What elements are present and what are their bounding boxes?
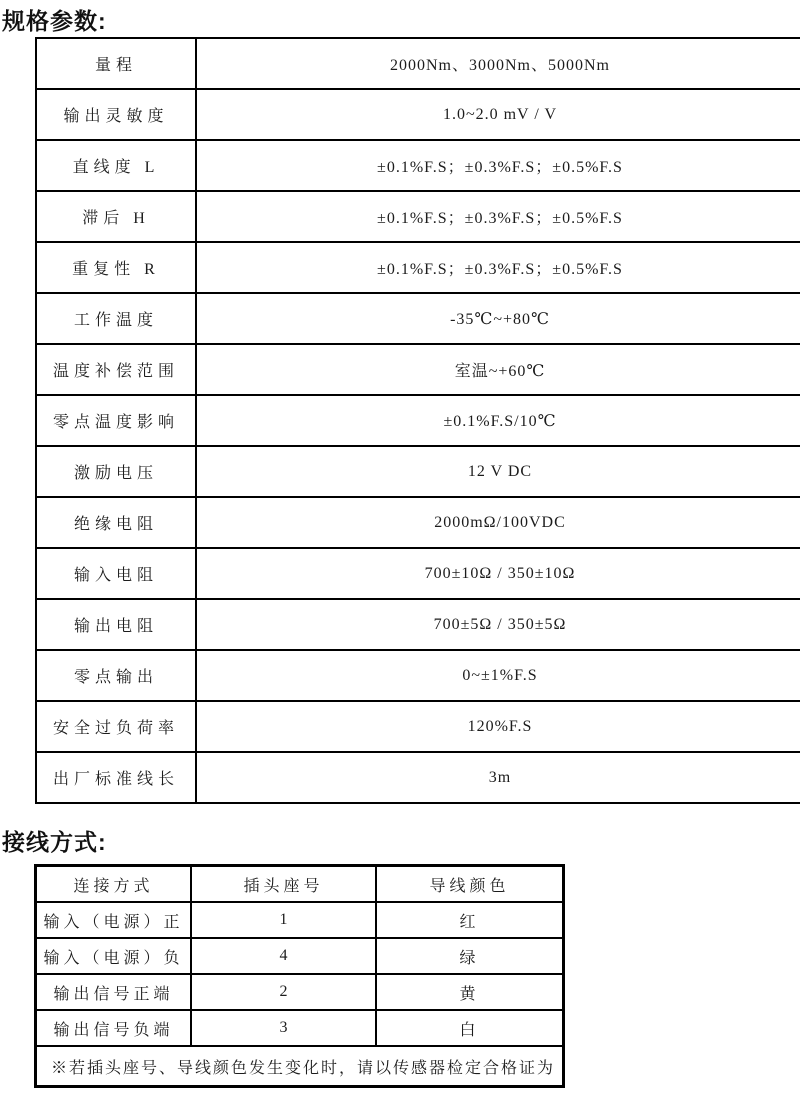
spec-label: 零点输出 bbox=[36, 650, 196, 701]
table-row: 量程 2000Nm、3000Nm、5000Nm bbox=[36, 38, 800, 89]
spec-value: ±0.1%F.S/10℃ bbox=[196, 395, 800, 446]
wiring-pin: 4 bbox=[191, 938, 376, 974]
wiring-note: ※若插头座号、导线颜色发生变化时，请以传感器检定合格证为 bbox=[36, 1046, 564, 1087]
spec-value: ±0.1%F.S；±0.3%F.S；±0.5%F.S bbox=[196, 191, 800, 242]
spec-value: 1.0~2.0 mV / V bbox=[196, 89, 800, 140]
spec-label: 工作温度 bbox=[36, 293, 196, 344]
wiring-color: 红 bbox=[376, 902, 564, 938]
spec-value: 室温~+60℃ bbox=[196, 344, 800, 395]
spec-value: 700±10Ω / 350±10Ω bbox=[196, 548, 800, 599]
spec-value: ±0.1%F.S；±0.3%F.S；±0.5%F.S bbox=[196, 140, 800, 191]
spec-value: 120%F.S bbox=[196, 701, 800, 752]
spec-label: 量程 bbox=[36, 38, 196, 89]
spec-table: 量程 2000Nm、3000Nm、5000Nm 输出灵敏度 1.0~2.0 mV… bbox=[35, 37, 800, 804]
table-row: 输入（电源）负 4 绿 bbox=[36, 938, 564, 974]
table-row: 绝缘电阻 2000mΩ/100VDC bbox=[36, 497, 800, 548]
table-row: 零点输出 0~±1%F.S bbox=[36, 650, 800, 701]
wiring-connection: 输出信号正端 bbox=[36, 974, 192, 1010]
spec-value: 700±5Ω / 350±5Ω bbox=[196, 599, 800, 650]
spec-value: 12 V DC bbox=[196, 446, 800, 497]
table-row: 直线度 L ±0.1%F.S；±0.3%F.S；±0.5%F.S bbox=[36, 140, 800, 191]
spec-value: 2000Nm、3000Nm、5000Nm bbox=[196, 38, 800, 89]
spec-label: 输出电阻 bbox=[36, 599, 196, 650]
table-row: 激励电压 12 V DC bbox=[36, 446, 800, 497]
table-row: 输入电阻 700±10Ω / 350±10Ω bbox=[36, 548, 800, 599]
spec-label: 滞后 H bbox=[36, 191, 196, 242]
column-header-connection: 连接方式 bbox=[36, 866, 192, 903]
table-row: 输出信号正端 2 黄 bbox=[36, 974, 564, 1010]
wiring-color: 绿 bbox=[376, 938, 564, 974]
spec-value: 0~±1%F.S bbox=[196, 650, 800, 701]
spec-label: 输入电阻 bbox=[36, 548, 196, 599]
table-row: 安全过负荷率 120%F.S bbox=[36, 701, 800, 752]
table-note-row: ※若插头座号、导线颜色发生变化时，请以传感器检定合格证为 bbox=[36, 1046, 564, 1087]
wiring-color: 黄 bbox=[376, 974, 564, 1010]
table-row: 重复性 R ±0.1%F.S；±0.3%F.S；±0.5%F.S bbox=[36, 242, 800, 293]
table-row: 输出电阻 700±5Ω / 350±5Ω bbox=[36, 599, 800, 650]
wiring-connection: 输入（电源）正 bbox=[36, 902, 192, 938]
spec-value: 2000mΩ/100VDC bbox=[196, 497, 800, 548]
table-row: 温度补偿范围 室温~+60℃ bbox=[36, 344, 800, 395]
wiring-color: 白 bbox=[376, 1010, 564, 1046]
spec-value: -35℃~+80℃ bbox=[196, 293, 800, 344]
column-header-color: 导线颜色 bbox=[376, 866, 564, 903]
table-row: 滞后 H ±0.1%F.S；±0.3%F.S；±0.5%F.S bbox=[36, 191, 800, 242]
wiring-connection: 输入（电源）负 bbox=[36, 938, 192, 974]
spec-label: 激励电压 bbox=[36, 446, 196, 497]
wiring-pin: 3 bbox=[191, 1010, 376, 1046]
wiring-connection: 输出信号负端 bbox=[36, 1010, 192, 1046]
spec-label: 安全过负荷率 bbox=[36, 701, 196, 752]
table-header-row: 连接方式 插头座号 导线颜色 bbox=[36, 866, 564, 903]
spec-label: 输出灵敏度 bbox=[36, 89, 196, 140]
section-title-specs: 规格参数: bbox=[2, 3, 107, 36]
table-row: 出厂标准线长 3m bbox=[36, 752, 800, 803]
table-row: 输出灵敏度 1.0~2.0 mV / V bbox=[36, 89, 800, 140]
column-header-pin: 插头座号 bbox=[191, 866, 376, 903]
spec-value: 3m bbox=[196, 752, 800, 803]
spec-label: 绝缘电阻 bbox=[36, 497, 196, 548]
wiring-pin: 2 bbox=[191, 974, 376, 1010]
spec-value: ±0.1%F.S；±0.3%F.S；±0.5%F.S bbox=[196, 242, 800, 293]
table-row: 输出信号负端 3 白 bbox=[36, 1010, 564, 1046]
table-row: 零点温度影响 ±0.1%F.S/10℃ bbox=[36, 395, 800, 446]
spec-label: 零点温度影响 bbox=[36, 395, 196, 446]
spec-label: 直线度 L bbox=[36, 140, 196, 191]
section-title-wiring: 接线方式: bbox=[2, 824, 107, 857]
spec-label: 出厂标准线长 bbox=[36, 752, 196, 803]
table-row: 输入（电源）正 1 红 bbox=[36, 902, 564, 938]
spec-label: 重复性 R bbox=[36, 242, 196, 293]
spec-label: 温度补偿范围 bbox=[36, 344, 196, 395]
wiring-pin: 1 bbox=[191, 902, 376, 938]
wiring-table: 连接方式 插头座号 导线颜色 输入（电源）正 1 红 输入（电源）负 4 绿 输… bbox=[34, 864, 565, 1088]
table-row: 工作温度 -35℃~+80℃ bbox=[36, 293, 800, 344]
